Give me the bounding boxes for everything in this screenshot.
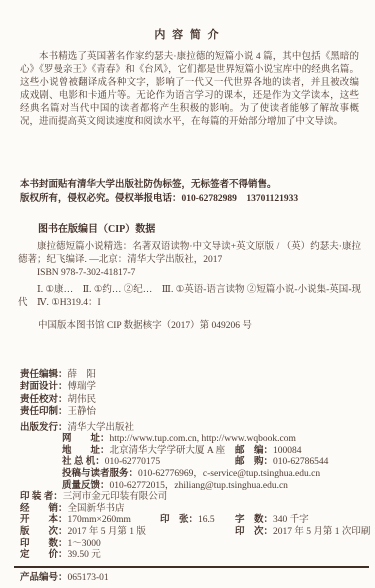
printer-row: 印 装 者：三河市金元印装有限公司: [20, 492, 369, 504]
credit-row-print-supervisor: 责任印制：王静怡: [20, 406, 375, 418]
switchboard-value: 010-62770175: [105, 457, 160, 467]
printer-value: 三河市金元印装有限公司: [63, 492, 168, 502]
printer-label: 印 装 者：: [20, 492, 63, 502]
impression-value: 2017 年 5 月第 1 次印刷: [273, 527, 370, 537]
copyright-page: 内 容 简 介 本书精选了英国著名作家约瑟夫·康拉德的短篇小说 4 篇，其中包括…: [0, 0, 375, 588]
anti-counterfeit-notice: 本书封面贴有清华大学出版社防伪标签，无标签者不得销售。 版权所有，侵权必究。侵权…: [20, 179, 361, 206]
zip-group: 邮 编：100084: [235, 446, 302, 458]
product-code-value: 065173-01: [68, 573, 109, 583]
format-label: 开 本：: [20, 515, 68, 525]
zip-label: 邮 编：: [235, 446, 273, 456]
quality-feedback-value: 010-62772015，zhiliang@tup.tsinghua.edu.c…: [110, 481, 288, 491]
summary-paragraph: 本书精选了英国著名作家约瑟夫·康拉德的短篇小说 4 篇，其中包括《黑暗的心》《罗…: [20, 51, 359, 129]
credit-label: 责任印制：: [20, 407, 68, 417]
word-count-value: 340 千字: [273, 515, 309, 525]
credit-label: 责任编辑：: [20, 370, 68, 380]
edition-value: 2017 年 5 月第 1 版: [68, 527, 146, 537]
distributor-row: 经 销：全国新华书店: [20, 504, 369, 516]
cip-isbn: ISBN 978-7-302-41817-7: [18, 267, 361, 280]
reader-service-value: 010-62776969，c-service@tup.tsinghua.edu.…: [138, 469, 320, 479]
product-code-label: 产品编号：: [20, 573, 68, 583]
sheets-label: 印 张：: [160, 515, 198, 525]
format-value: 170mm×260mm: [68, 515, 131, 525]
website-value: http://www.tup.com.cn, http://www.wqbook…: [110, 434, 296, 444]
credit-row-cover-design: 封面设计：傅瑞学: [20, 381, 375, 393]
distributor-label: 经 销：: [20, 504, 68, 514]
product-code-row: 产品编号：065173-01: [20, 572, 375, 585]
quality-feedback-row: 质量反馈：010-62772015，zhiliang@tup.tsinghua.…: [62, 481, 369, 493]
credit-value: 薛 阳: [68, 370, 97, 380]
zip-value: 100084: [273, 446, 302, 456]
price-value: 39.50 元: [68, 550, 101, 560]
credit-label: 责任校对：: [20, 395, 68, 405]
impression-group: 印 次：2017 年 5 月第 1 次印刷: [235, 527, 370, 539]
credit-row-editor: 责任编辑：薛 阳: [20, 369, 375, 381]
sheets-value: 16.5: [198, 515, 215, 525]
distributor-value: 全国新华书店: [68, 504, 125, 514]
print-run-row: 印 数：1～3000: [20, 539, 369, 551]
address-label: 地 址：: [62, 446, 110, 456]
mail-order-group: 邮 购：010-62786544: [235, 457, 328, 469]
publisher-value: 清华大学出版社: [68, 423, 135, 433]
address-row: 地 址：北京清华大学学研大厦 A 座 邮 编：100084: [62, 446, 369, 458]
price-label: 定 价：: [20, 550, 68, 560]
format-row: 开 本：170mm×260mm 印 张：16.5 字 数：340 千字: [20, 515, 369, 527]
credit-value: 王静怡: [68, 407, 97, 417]
publisher-label: 出版发行：: [20, 423, 68, 433]
anti-counterfeit-line: 本书封面贴有清华大学出版社防伪标签，无标签者不得销售。: [20, 179, 361, 193]
word-count-label: 字 数：: [235, 515, 273, 525]
print-run-label: 印 数：: [20, 539, 68, 549]
credits-block: 责任编辑：薛 阳 封面设计：傅瑞学 责任校对：胡伟民 责任印制：王静怡: [20, 369, 375, 419]
website-row: 网 址：http://www.tup.com.cn, http://www.wq…: [62, 434, 369, 446]
summary-title: 内 容 简 介: [0, 26, 375, 42]
switchboard-label: 社 总 机：: [62, 457, 105, 467]
credit-value: 胡伟民: [68, 395, 97, 405]
quality-feedback-label: 质量反馈：: [62, 481, 110, 491]
sheets-group: 印 张：16.5: [160, 515, 215, 527]
edition-label: 版 次：: [20, 527, 68, 537]
cip-heading: 图书在版编目（CIP）数据: [38, 220, 375, 235]
word-count-group: 字 数：340 千字: [235, 515, 309, 527]
reader-service-label: 投稿与读者服务：: [62, 469, 138, 479]
mail-order-value: 010-62786544: [273, 457, 328, 467]
price-row: 定 价：39.50 元: [20, 550, 369, 562]
switchboard-row: 社 总 机：010-62770175 邮 购：010-62786544: [62, 457, 369, 469]
cip-entry: 康拉德短篇小说精选：名著双语读物·中文导读+英文原版 / （英）约瑟夫·康拉德著…: [18, 241, 361, 267]
print-run-value: 1～3000: [68, 539, 101, 549]
divider-line: [14, 566, 369, 568]
cip-classification: Ⅰ. ①康… Ⅱ. ①约… ②纪… Ⅲ. ①英语-语言读物 ②短篇小说-小说集-…: [18, 284, 361, 310]
credit-label: 封面设计：: [20, 382, 68, 392]
publishing-block: 出版发行：清华大学出版社 网 址：http://www.tup.com.cn, …: [20, 423, 369, 562]
reader-service-row: 投稿与读者服务：010-62776969，c-service@tup.tsing…: [62, 469, 369, 481]
credit-value: 傅瑞学: [68, 382, 97, 392]
copyright-report-line: 版权所有，侵权必究。侵权举报电话：010-62782989 1370112193…: [20, 193, 361, 207]
address-value: 北京清华大学学研大厦 A 座: [110, 446, 226, 456]
mail-order-label: 邮 购：: [235, 457, 273, 467]
cip-record-number: 中国版本图书馆 CIP 数据核字（2017）第 049206 号: [38, 320, 375, 333]
credit-row-proofreader: 责任校对：胡伟民: [20, 394, 375, 406]
impression-label: 印 次：: [235, 527, 273, 537]
edition-row: 版 次：2017 年 5 月第 1 版 印 次：2017 年 5 月第 1 次印…: [20, 527, 369, 539]
publisher-row: 出版发行：清华大学出版社: [20, 423, 369, 435]
website-label: 网 址：: [62, 434, 110, 444]
